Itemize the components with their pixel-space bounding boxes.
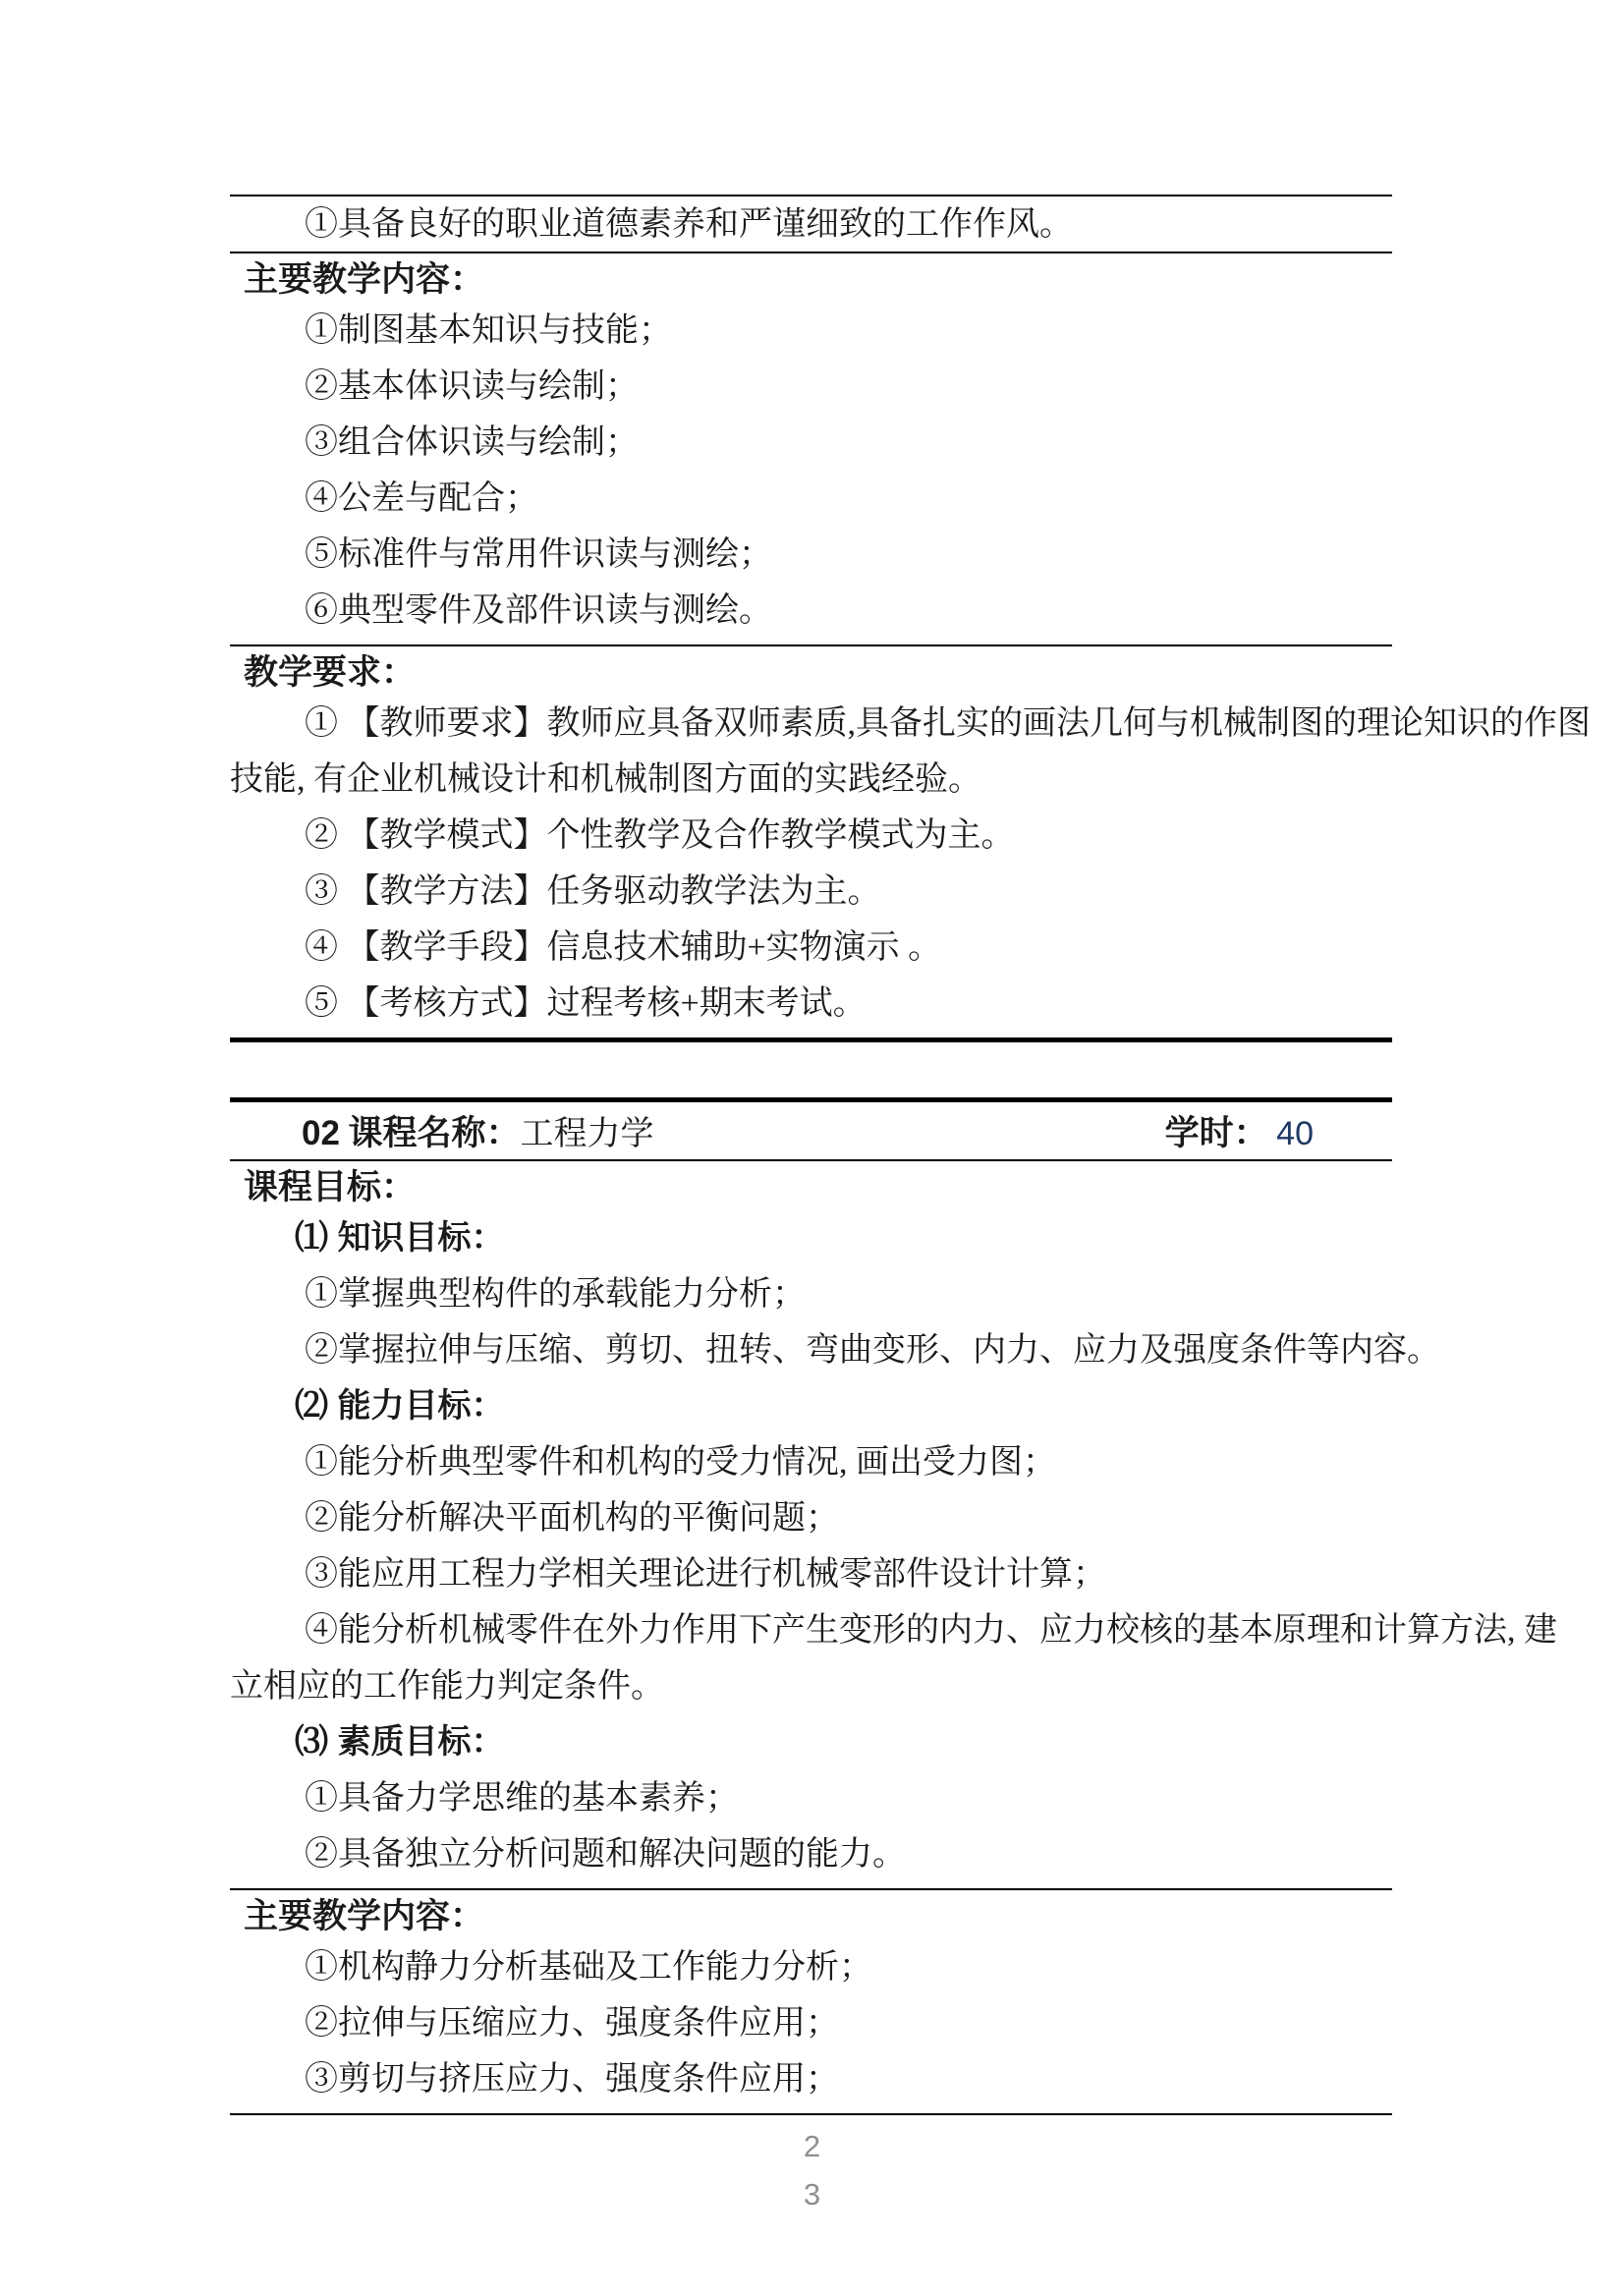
list-item: ②掌握拉伸与压缩、剪切、扭转、弯曲变形、内力、应力及强度条件等内容。 — [230, 1322, 1392, 1378]
list-item-continuation: 技能, 有企业机械设计和机械制图方面的实践经验。 — [230, 752, 1392, 808]
list-item: ⑤标准件与常用件识读与测绘； — [230, 527, 1392, 583]
syllabus-table: ①具备良好的职业道德素养和严谨细致的工作作风。 主要教学内容： ①制图基本知识与… — [230, 195, 1392, 2115]
course01-teaching-requirements-section: 教学要求： ① 【教师要求】教师应具备双师素质,具备扎实的画法几何与机械制图的理… — [230, 644, 1392, 1037]
list-item: ②拉伸与压缩应力、强度条件应用； — [230, 1995, 1392, 2051]
course-number: 02 — [302, 1114, 340, 1152]
course-separator-row — [230, 1037, 1392, 1097]
section-heading-teaching-content: 主要教学内容： — [230, 257, 1392, 303]
course02-teaching-content-section: 主要教学内容： ①机构静力分析基础及工作能力分析； ②拉伸与压缩应力、强度条件应… — [230, 1888, 1392, 2113]
list-item-continuation: 立相应的工作能力判定条件。 — [230, 1658, 1392, 1714]
subheading-knowledge-objectives: ⑴ 知识目标： — [230, 1210, 1392, 1266]
list-item: ①机构静力分析基础及工作能力分析； — [230, 1939, 1392, 1995]
hours-value: 40 — [1276, 1115, 1314, 1152]
subheading-ability-objectives: ⑵ 能力目标： — [230, 1378, 1392, 1434]
list-item: ①能分析典型零件和机构的受力情况, 画出受力图； — [230, 1434, 1392, 1490]
list-item: ④公差与配合； — [230, 471, 1392, 527]
list-item: ⑤ 【考核方式】过程考核+期末考试。 — [230, 976, 1392, 1032]
list-item: ② 【教学模式】个性教学及合作教学模式为主。 — [230, 808, 1392, 864]
page-footer: 2 3 — [0, 2122, 1624, 2218]
course02-hours: 学时： 40 — [1165, 1106, 1392, 1155]
list-item: ④能分析机械零件在外力作用下产生变形的内力、应力校核的基本原理和计算方法, 建 — [230, 1602, 1392, 1658]
course02-header-row: 02 课程名称：工程力学 学时： 40 — [230, 1097, 1392, 1159]
course-name-label: 课程名称： — [348, 1114, 520, 1152]
list-item: ①具备良好的职业道德素养和严谨细致的工作作风。 — [230, 196, 1073, 252]
list-item: ②具备独立分析问题和解决问题的能力。 — [230, 1826, 1392, 1882]
subheading-quality-objectives: ⑶ 素质目标： — [230, 1714, 1392, 1770]
table-bottom-rule — [230, 2113, 1392, 2115]
course02-title: 02 课程名称：工程力学 — [230, 1106, 653, 1155]
list-item: ④ 【教学手段】信息技术辅助+实物演示 。 — [230, 920, 1392, 976]
list-item: ①制图基本知识与技能； — [230, 303, 1392, 359]
course01-quality-overflow-row: ①具备良好的职业道德素养和严谨细致的工作作风。 — [230, 195, 1392, 252]
page-number: 3 — [0, 2170, 1624, 2218]
list-item: ③剪切与挤压应力、强度条件应用； — [230, 2051, 1392, 2107]
list-item: ①具备力学思维的基本素养； — [230, 1770, 1392, 1826]
list-item: ①掌握典型构件的承载能力分析； — [230, 1266, 1392, 1322]
section-heading-course-objectives: 课程目标： — [230, 1165, 1392, 1210]
hours-label: 学时： — [1165, 1114, 1268, 1152]
page-number: 2 — [0, 2122, 1624, 2170]
list-item: ③能应用工程力学相关理论进行机械零部件设计计算； — [230, 1546, 1392, 1602]
list-item: ⑥典型零件及部件识读与测绘。 — [230, 583, 1392, 639]
list-item: ③组合体识读与绘制； — [230, 415, 1392, 471]
list-item: ③ 【教学方法】任务驱动教学法为主。 — [230, 864, 1392, 920]
course02-objectives-section: 课程目标： ⑴ 知识目标： ①掌握典型构件的承载能力分析； ②掌握拉伸与压缩、剪… — [230, 1159, 1392, 1888]
list-item: ②能分析解决平面机构的平衡问题； — [230, 1490, 1392, 1546]
course-name-value: 工程力学 — [520, 1116, 653, 1152]
section-heading-teaching-content: 主要教学内容： — [230, 1894, 1392, 1939]
section-heading-teaching-requirements: 教学要求： — [230, 650, 1392, 696]
list-item: ②基本体识读与绘制； — [230, 359, 1392, 415]
list-item: ① 【教师要求】教师应具备双师素质,具备扎实的画法几何与机械制图的理论知识的作图 — [230, 696, 1392, 752]
document-page: ①具备良好的职业道德素养和严谨细致的工作作风。 主要教学内容： ①制图基本知识与… — [0, 0, 1624, 2296]
course01-teaching-content-section: 主要教学内容： ①制图基本知识与技能； ②基本体识读与绘制； ③组合体识读与绘制… — [230, 252, 1392, 644]
